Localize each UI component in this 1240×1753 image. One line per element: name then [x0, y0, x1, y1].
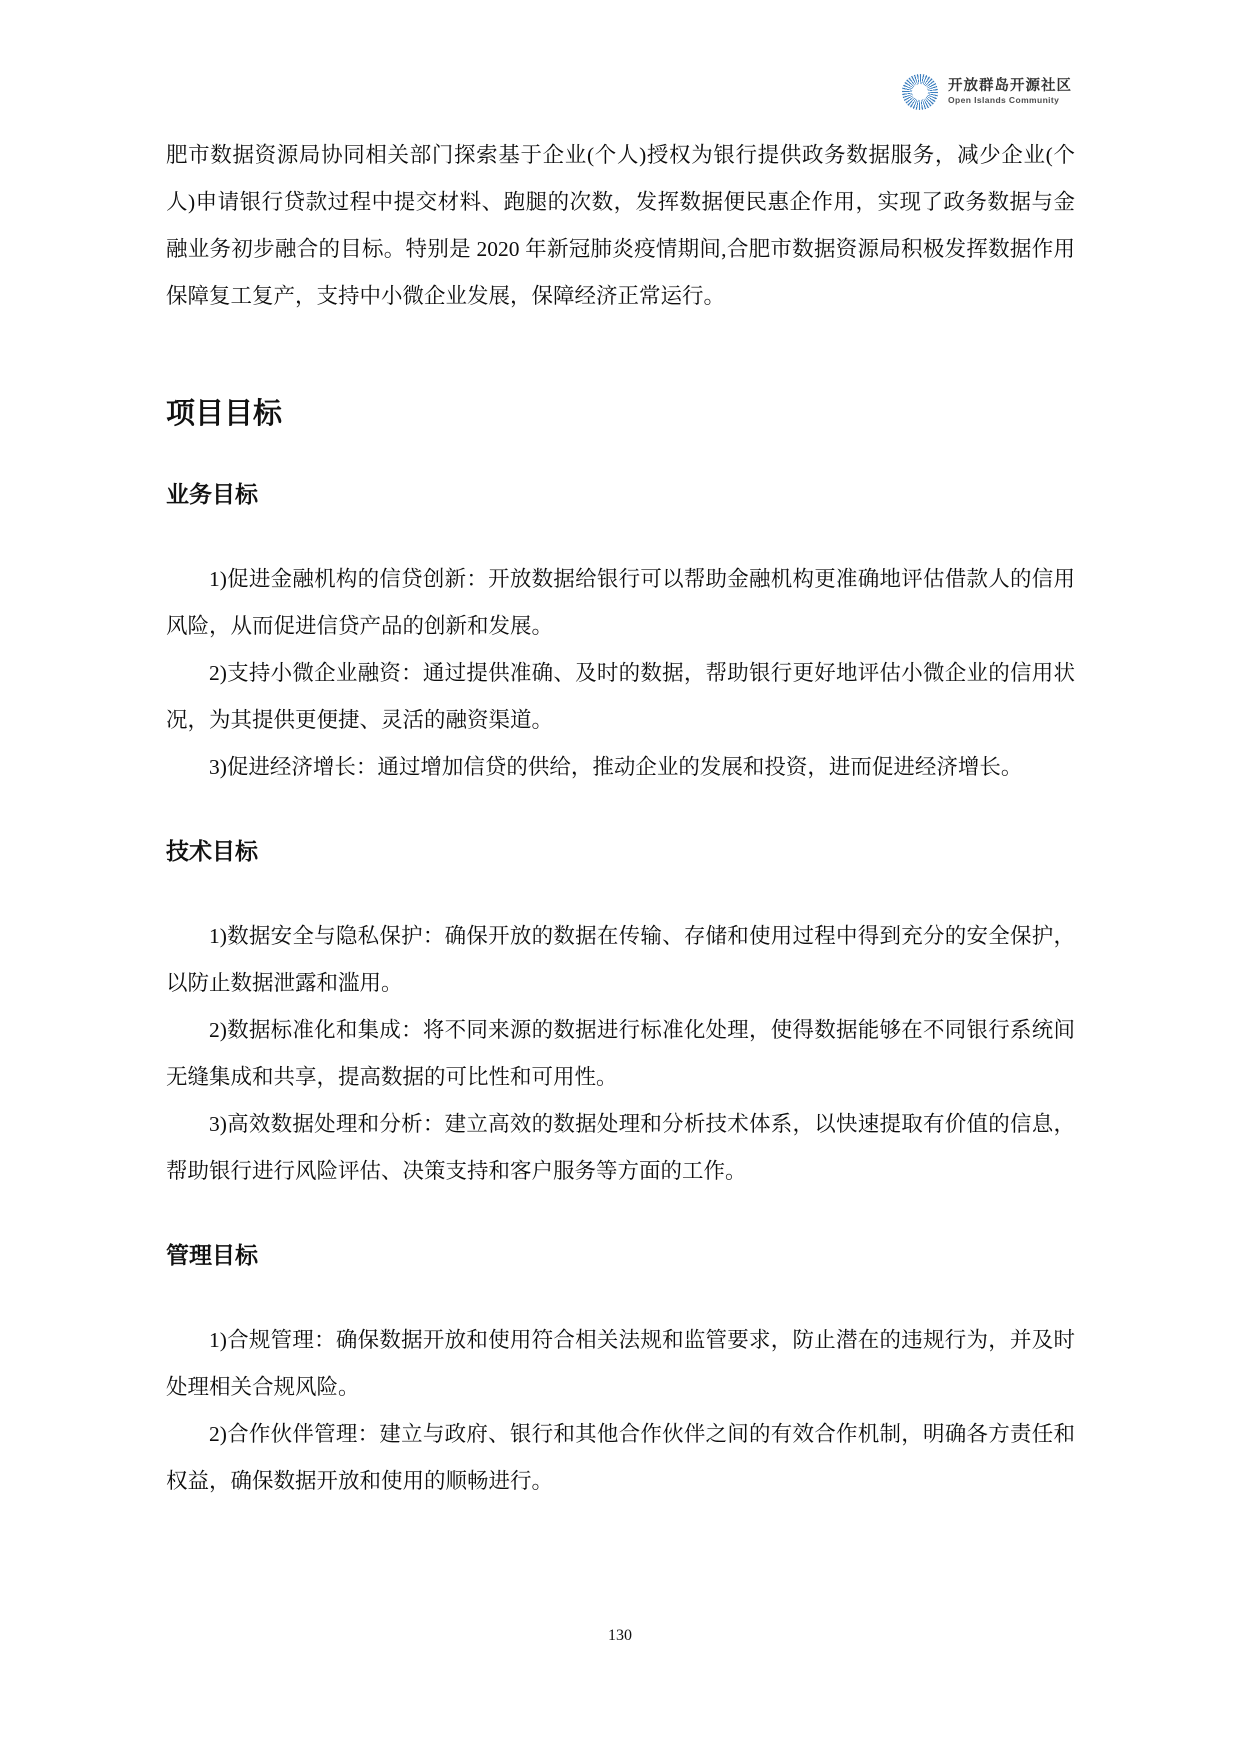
section-management-goals: 管理目标 1)合规管理：确保数据开放和使用符合相关法规和监管要求，防止潜在的违规… — [166, 1239, 1075, 1505]
logo: 开放群岛开源社区 Open Islands Community — [902, 74, 1072, 110]
intro-paragraph: 肥市数据资源局协同相关部门探索基于企业(个人)授权为银行提供政务数据服务，减少企… — [166, 132, 1075, 320]
logo-title-en: Open Islands Community — [948, 96, 1072, 106]
section-business-goals: 业务目标 1)促进金融机构的信贷创新：开放数据给银行可以帮助金融机构更准确地评估… — [166, 478, 1075, 791]
main-heading: 项目目标 — [166, 394, 1075, 434]
logo-title-zh: 开放群岛开源社区 — [948, 78, 1072, 95]
page-number: 130 — [608, 1627, 632, 1644]
section-technical-goals: 技术目标 1)数据安全与隐私保护：确保开放的数据在传输、存储和使用过程中得到充分… — [166, 835, 1075, 1195]
section-heading-management: 管理目标 — [166, 1239, 1075, 1271]
logo-text: 开放群岛开源社区 Open Islands Community — [948, 78, 1072, 106]
section-heading-business: 业务目标 — [166, 478, 1075, 510]
sunburst-icon — [902, 74, 938, 110]
list-item: 2)数据标准化和集成：将不同来源的数据进行标准化处理，使得数据能够在不同银行系统… — [166, 1007, 1075, 1101]
list-item: 2)合作伙伴管理：建立与政府、银行和其他合作伙伴之间的有效合作机制，明确各方责任… — [166, 1411, 1075, 1505]
list-item: 2)支持小微企业融资：通过提供准确、及时的数据，帮助银行更好地评估小微企业的信用… — [166, 650, 1075, 744]
page-footer: 130 — [0, 1627, 1240, 1645]
list-item: 1)合规管理：确保数据开放和使用符合相关法规和监管要求，防止潜在的违规行为，并及… — [166, 1317, 1075, 1411]
list-item: 1)数据安全与隐私保护：确保开放的数据在传输、存储和使用过程中得到充分的安全保护… — [166, 913, 1075, 1007]
list-item: 3)高效数据处理和分析：建立高效的数据处理和分析技术体系，以快速提取有价值的信息… — [166, 1101, 1075, 1195]
list-item: 1)促进金融机构的信贷创新：开放数据给银行可以帮助金融机构更准确地评估借款人的信… — [166, 556, 1075, 650]
section-heading-technical: 技术目标 — [166, 835, 1075, 867]
document-page: 开放群岛开源社区 Open Islands Community 肥市数据资源局协… — [0, 0, 1240, 1753]
list-item: 3)促进经济增长：通过增加信贷的供给，推动企业的发展和投资，进而促进经济增长。 — [166, 744, 1075, 791]
document-body: 肥市数据资源局协同相关部门探索基于企业(个人)授权为银行提供政务数据服务，减少企… — [0, 0, 1240, 1505]
page-header: 开放群岛开源社区 Open Islands Community — [902, 74, 1072, 110]
